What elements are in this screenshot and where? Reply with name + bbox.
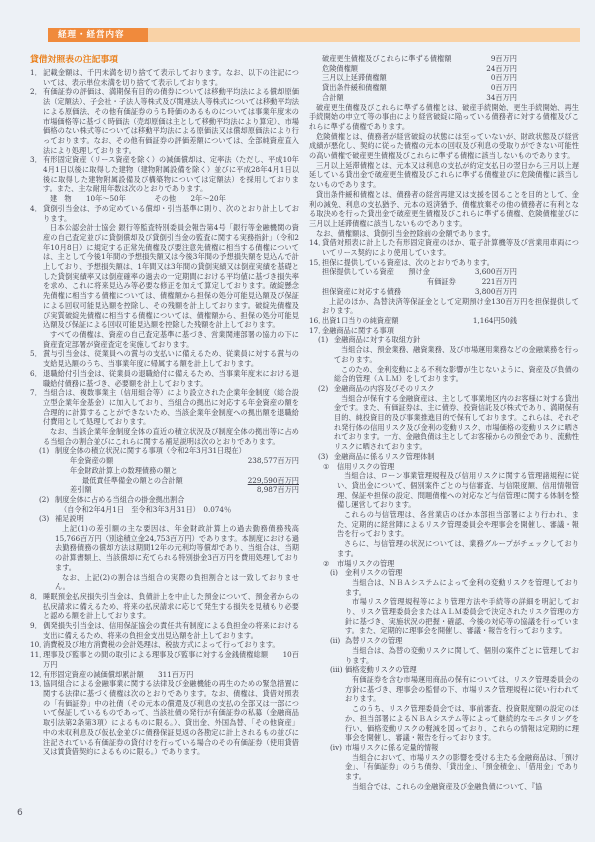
sub-item: (1)金融商品に対する取組方針: [309, 335, 579, 345]
amount-value: 24百万円: [486, 64, 517, 74]
amount-label: 担保資産に対応する債務: [322, 287, 401, 297]
note-item: 10．消費税及び地方消費税の会計処理は、税抜方式によって行っております。: [30, 640, 299, 650]
item-number: 13．: [30, 679, 43, 689]
amount-row: 貸出条件緩和債権額0百万円: [309, 83, 579, 93]
sub-item: (iii)価格変動リスクの管理: [309, 665, 579, 675]
sub-item: ②市場リスクの管理: [309, 559, 579, 569]
amount-label: 有価証券: [427, 277, 456, 287]
amount-row: 有価証券221百万円: [309, 277, 579, 287]
paragraph: なお、債権額は、貸倒引当金控除前の金額であります。: [309, 229, 579, 239]
amount-label: 貸出条件緩和債権額: [322, 83, 387, 93]
paragraph: なお、上記(2)の割合は当組合の実際の負担割合とは一致しておりません。: [30, 573, 299, 592]
paragraph: 市場リスク管理規程等により管理方法や手続等の詳細を明記しており、リスク管理委員会…: [309, 597, 579, 636]
paragraph: 当組合は、ローン事業管理規程及び信用リスクに関する管理諸規程に従い、貸出金につい…: [309, 471, 579, 510]
amount-row: 危険債権額24百万円: [309, 64, 579, 74]
item-number: 1．: [30, 68, 43, 78]
document-page: { "page": { "header_tab": "経理・経営内容", "nu…: [0, 0, 595, 842]
sub-item: ①信用リスクの管理: [309, 462, 579, 472]
item-number: (i): [330, 568, 345, 578]
spacer: [430, 267, 475, 277]
item-number: 9．: [30, 621, 43, 631]
item-number: 12．: [30, 670, 43, 680]
item-number: (1): [39, 446, 55, 456]
note-item: 7．当組合は、複数事業主（信用組合等）により設立された企業年金制度（総合設立型企…: [30, 388, 299, 427]
amount-value: 34百万円: [486, 93, 517, 103]
left-column-blocks: 1．記載金額は、千円未満を切り捨てて表示しております。なお、以下の注記については…: [30, 68, 299, 757]
item-number: 4．: [30, 204, 43, 214]
sub-item: (1)制度全体の積立状況に関する事項（令和2年3月31日現在）: [30, 446, 299, 456]
amount-label: 最低責任準備金の額との合計額: [82, 476, 183, 486]
item-number: 5．: [30, 349, 43, 359]
note-item: 2．有価証券の評価は、満期保有目的の債券については移動平均法による償却原価法（定…: [30, 87, 299, 155]
paragraph: 破産更生債権及びこれらに準ずる債権とは、破産手続開始、更生手続開始、再生手続開始…: [309, 103, 579, 132]
item-number: (3): [39, 514, 55, 524]
note-item: 6．退職給付引当金は、従業員の退職給付に備えるため、当事業年度末における退職給付…: [30, 369, 299, 388]
amount-label: 破産更生債権及びこれらに準ずる債権額: [322, 54, 451, 64]
item-number: 15．: [309, 258, 322, 268]
spacer: [113, 456, 248, 466]
paragraph: 当組合は、為替の変動リスクに関して、個別の案件ごとに管理しております。: [309, 646, 579, 665]
item-number: 6．: [30, 369, 43, 379]
paragraph: 当組合では、これらの金融資産及び金融負債について、『協: [309, 782, 579, 792]
amount-value: 221百万円: [482, 277, 517, 287]
item-number: ②: [323, 559, 337, 569]
amount-value: 0百万円: [491, 73, 517, 83]
amount-row: 担保提供している資産 預け金3,600百万円: [309, 267, 579, 277]
paragraph: このため、金利変動による不利な影響が生じないように、資産及び負債の総合的管理（Ａ…: [309, 365, 579, 384]
page-number: 6: [17, 808, 23, 818]
section-header-tab: 経理・経営内容: [48, 28, 148, 42]
paragraph: 上記(1)の差引額の主な要因は、年金財政計算上の過去勤務債務残高15,766百万…: [30, 524, 299, 573]
amount-label: 年金資産の額: [70, 456, 113, 466]
note-item: 4．貸倒引当金は、予め定めている償却・引当基準に則り、次のとおり計上しております…: [30, 204, 299, 223]
spacer: [178, 466, 299, 476]
spacer: [344, 93, 487, 103]
item-number: (1): [318, 335, 334, 345]
item-number: 17．: [309, 326, 322, 336]
item-number: (iv): [330, 743, 345, 753]
item-number: (2): [39, 495, 55, 505]
paragraph: 上記のほか、為替決済等保証金として定期預け金130百万円を担保提供しております。: [309, 297, 579, 316]
note-item: 15．担保に提供している資産は、次のとおりであります。: [309, 258, 579, 268]
amount-row: 年金財政計算上の数理債務の額と: [30, 466, 299, 476]
paragraph: 当組合が保有する金融資産は、主として事業地区内のお客様に対する貸出金です。また、…: [309, 394, 579, 452]
paragraph: さらに、与信管理の状況については、業務グループがチェックしております。: [309, 539, 579, 558]
page-content: 貸借対照表の注記事項 1．記載金額は、千円未満を切り捨てて表示しております。なお…: [30, 54, 579, 791]
item-number: 10．: [30, 640, 43, 650]
spacer: [92, 485, 257, 495]
item-number: (iii): [330, 665, 345, 675]
amount-row: 破産更生債権及びこれらに準ずる債権額9百万円: [309, 54, 579, 64]
spacer: [358, 64, 486, 74]
amount-label: 年金財政計算上の数理債務の額と: [70, 466, 178, 476]
amount-row: 担保資産に対応する債務3,800百万円: [309, 287, 579, 297]
amount-value: 8,987百万円: [257, 485, 299, 495]
note-item-amount: 16．出資1口当りの純資産額1,164円50銭: [309, 316, 579, 326]
sub-item: (2)制度全体に占める当組合の掛金拠出割合: [30, 495, 299, 505]
paragraph: 三月以上延滞債権とは、元本又は利息の支払が約定支払日の翌日から三月以上遅延してい…: [309, 161, 579, 190]
paragraph: 当組合において、市場リスクの影響を受ける主たる金融商品は、「預け金」、「有価証券…: [309, 753, 579, 782]
note-item: 11．理事及び監事との間の取引による理事及び監事に対する金銭債権総額 10百万円: [30, 650, 299, 669]
sub-item: (3)金融商品に係るリスク管理体制: [309, 452, 579, 462]
sub-item: (3)補足説明: [30, 514, 299, 524]
amount-label: 担保提供している資産 預け金: [322, 267, 430, 277]
amount-value: 3,800百万円: [475, 287, 517, 297]
amount-value: 1,164円50銭: [473, 316, 517, 326]
amount-value: 9百万円: [491, 54, 517, 64]
spacer: [387, 83, 491, 93]
right-column-blocks: 破産更生債権及びこれらに準ずる債権額9百万円危険債権額24百万円三月以上延滞債権…: [309, 54, 579, 791]
sub-item: (2)金融商品の内容及びそのリスク: [309, 384, 579, 394]
amount-value: 229,590百万円: [248, 476, 299, 486]
item-number: (ii): [330, 636, 345, 646]
note-item: 3．有形固定資産（リース資産を除く）の減価償却は、定率法（ただし、平成10年4月…: [30, 155, 299, 194]
paragraph: 当組合は、預金業務、融資業務、及び市場運用業務などの金融業務を行っております。: [309, 345, 579, 364]
spacer: [183, 476, 248, 486]
amount-row: 三月以上延滞債権額0百万円: [309, 73, 579, 83]
amount-row: 年金資産の額238,577百万円: [30, 456, 299, 466]
note-item: 14．貸借対照表に計上した有形固定資産のほか、電子計算機等及び営業用車両について…: [309, 238, 579, 257]
spacer: [387, 73, 491, 83]
paragraph: 日本公認会計士協会 銀行等監査特別委員会報告第4号「銀行等金融機関の資産の自己査…: [30, 223, 299, 330]
amount-row: 最低責任準備金の額との合計額229,590百万円: [30, 476, 299, 486]
note-item: 1．記載金額は、千円未満を切り捨てて表示しております。なお、以下の注記については…: [30, 68, 299, 87]
amount-label: 合計額: [322, 93, 344, 103]
left-column: 貸借対照表の注記事項 1．記載金額は、千円未満を切り捨てて表示しております。なお…: [30, 54, 299, 791]
amount-value: 238,577百万円: [248, 456, 299, 466]
note-item: 17．金融商品に関する事項: [309, 326, 579, 336]
item-number: 11．: [30, 650, 43, 660]
amount-label: 出資1口当りの純資産額: [322, 316, 398, 326]
item-number: 2．: [30, 87, 43, 97]
paragraph: 当組合は、ＮＢＡシステムによって金利の変動リスクを管理しております。: [309, 578, 579, 597]
paragraph: すべての債権は、資産の自己査定基準に基づき、営業関連部署の協力の下に資産査定部署…: [30, 330, 299, 349]
item-number: (2): [318, 384, 334, 394]
paragraph: なお、当該企業年金制度全体の直近の積立状況及び制度全体の拠出等に占める当組合の割…: [30, 427, 299, 446]
spacer: [401, 287, 475, 297]
note-item: 13．協同組合による金融事業に関する法律及び金融機能の再生のための緊急措置に関す…: [30, 679, 299, 757]
amount-label: 危険債権額: [322, 64, 358, 74]
paragraph: 危険債権とは、債務者が経営破綻の状態には至っていないが、財政状態及び経営成績が悪…: [309, 132, 579, 161]
amount-label: 三月以上延滞債権額: [322, 73, 387, 83]
note-item: 8．睡眠預金払戻損失引当金は、負債計上を中止した預金について、預金者からの払戻請…: [30, 592, 299, 621]
paragraph: これらの与信管理は、各営業店のほか本部担当部署により行われ、また、定期的に経営陣…: [309, 510, 579, 539]
item-number: (3): [318, 452, 334, 462]
amount-row: 差引額8,987百万円: [30, 485, 299, 495]
sub-item: (iv)市場リスクに係る定量的情報: [309, 743, 579, 753]
paragraph: このうち、リスク管理委員会では、事前審査、投資限度額の設定のほか、担当部署による…: [309, 704, 579, 743]
right-column: 破産更生債権及びこれらに準ずる債権額9百万円危険債権額24百万円三月以上延滞債権…: [309, 54, 579, 791]
item-number: 16．: [309, 316, 322, 326]
amount-value: 0百万円: [491, 83, 517, 93]
note-item: 9．偶発損失引当金は、信用保証協会の責任共有制度による負担金の将来における支出に…: [30, 621, 299, 640]
note-item: 5．賞与引当金は、従業員への賞与の支払いに備えるため、従業員に対する賞与の支給見…: [30, 349, 299, 368]
spacer: [451, 54, 490, 64]
item-number: 8．: [30, 592, 43, 602]
item-number: 3．: [30, 155, 43, 165]
section-title: 貸借対照表の注記事項: [30, 54, 299, 66]
section-header-strip: 経理・経営内容: [48, 28, 580, 42]
item-number: ①: [323, 462, 337, 472]
amount-row: 合計額34百万円: [309, 93, 579, 103]
note-item: 12．有形固定資産の減価償却累計額 311百万円: [30, 670, 299, 680]
sub-item: (i)金利リスクの管理: [309, 568, 579, 578]
detail-line: （自令和2年4月1日 至令和3年3月31日） 0.074％: [30, 505, 299, 515]
paragraph: 貸出条件緩和債権とは、債務者の経営再建又は支援を図ることを目的として、金利の減免…: [309, 190, 579, 229]
spacer: [456, 277, 482, 287]
item-number: 14．: [309, 238, 322, 248]
detail-line: 建 物 10年～50年 その他 2年～20年: [30, 194, 299, 204]
spacer: [398, 316, 472, 326]
paragraph: 有価証券を含む市場運用商品の保有については、リスク管理委員会の方針に基づき、理事…: [309, 675, 579, 704]
item-number: 7．: [30, 388, 43, 398]
amount-label: 差引額: [70, 485, 92, 495]
sub-item: (ii)為替リスクの管理: [309, 636, 579, 646]
amount-value: 3,600百万円: [475, 267, 517, 277]
